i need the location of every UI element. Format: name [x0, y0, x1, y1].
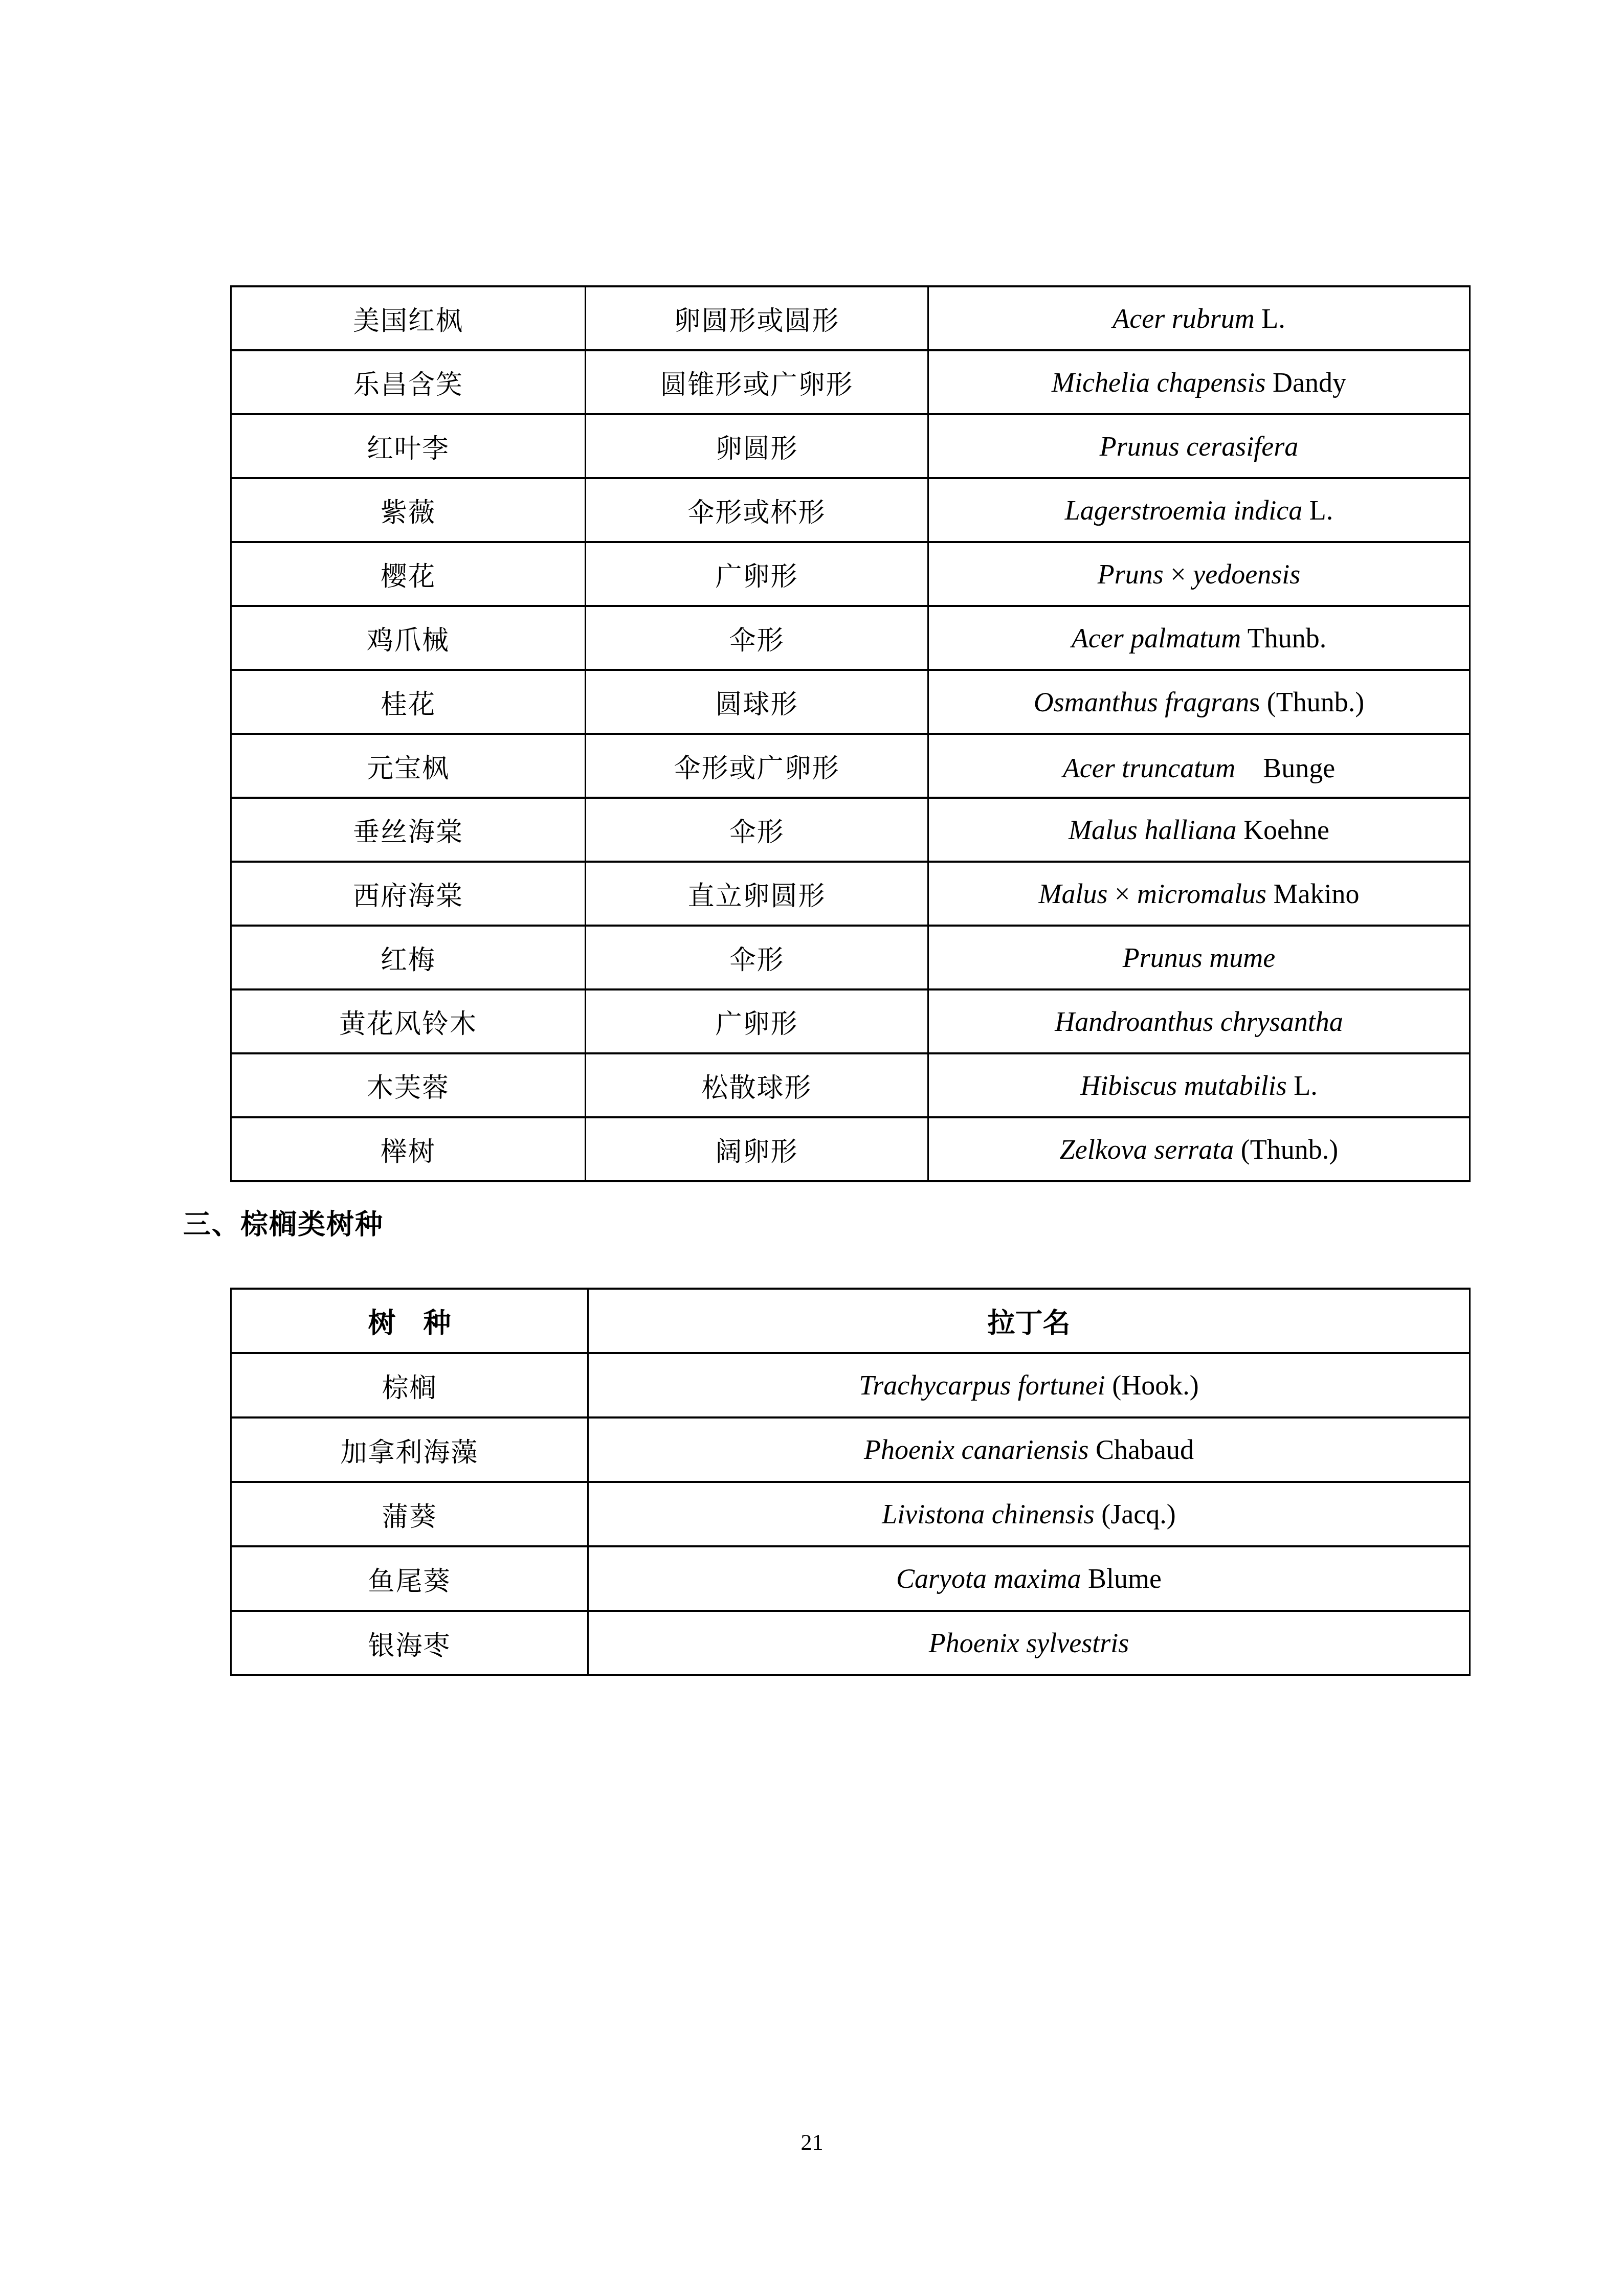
latin-name-cell: Osmanthus fragrans (Thunb.)	[928, 670, 1470, 734]
crown-shape-cell: 伞形	[586, 798, 928, 862]
table-row: 垂丝海棠 伞形 Malus halliana Koehne	[231, 798, 1470, 862]
species-name-cell: 红梅	[231, 926, 586, 989]
latin-name-cell: Prunus cerasifera	[928, 414, 1470, 478]
table-row: 黄花风铃木 广卵形 Handroanthus chrysantha	[231, 989, 1470, 1053]
crown-shape-cell: 广卵形	[586, 989, 928, 1053]
species-name-cell: 元宝枫	[231, 734, 586, 798]
latin-name-cell: Michelia chapensis Dandy	[928, 350, 1470, 414]
latin-name-cell: Malus × micromalus Makino	[928, 862, 1470, 926]
latin-name-cell: Pruns × yedoensis	[928, 542, 1470, 606]
crown-shape-cell: 广卵形	[586, 542, 928, 606]
crown-shape-cell: 阔卵形	[586, 1117, 928, 1181]
table-row: 鱼尾葵 Caryota maxima Blume	[231, 1546, 1470, 1611]
latin-name-cell: Zelkova serrata (Thunb.)	[928, 1117, 1470, 1181]
species-name-cell: 棕榈	[231, 1353, 588, 1417]
latin-name-cell: Hibiscus mutabilis L.	[928, 1053, 1470, 1117]
species-name-cell: 乐昌含笑	[231, 350, 586, 414]
species-shape-table: 美国红枫 卵圆形或圆形 Acer rubrum L. 乐昌含笑 圆锥形或广卵形 …	[230, 285, 1471, 1182]
table-row: 紫薇 伞形或杯形 Lagerstroemia indica L.	[231, 478, 1470, 542]
latin-name-cell: Acer truncatum Bunge	[928, 734, 1470, 798]
table-row: 蒲葵 Livistona chinensis (Jacq.)	[231, 1482, 1470, 1546]
table-row: 元宝枫 伞形或广卵形 Acer truncatum Bunge	[231, 734, 1470, 798]
species-name-cell: 樱花	[231, 542, 586, 606]
species-column-header: 树 种	[231, 1289, 588, 1353]
latin-name-cell: Lagerstroemia indica L.	[928, 478, 1470, 542]
latin-name-cell: Malus halliana Koehne	[928, 798, 1470, 862]
table-row: 银海枣 Phoenix sylvestris	[231, 1611, 1470, 1675]
crown-shape-cell: 卵圆形或圆形	[586, 286, 928, 350]
table-row: 樱花 广卵形 Pruns × yedoensis	[231, 542, 1470, 606]
latin-name-cell: Acer rubrum L.	[928, 286, 1470, 350]
crown-shape-cell: 伞形或广卵形	[586, 734, 928, 798]
table-header-row: 树 种 拉丁名	[231, 1289, 1470, 1353]
table-row: 桂花 圆球形 Osmanthus fragrans (Thunb.)	[231, 670, 1470, 734]
crown-shape-cell: 伞形或杯形	[586, 478, 928, 542]
latin-name-cell: Trachycarpus fortunei (Hook.)	[588, 1353, 1470, 1417]
table-row: 美国红枫 卵圆形或圆形 Acer rubrum L.	[231, 286, 1470, 350]
palm-species-table: 树 种 拉丁名 棕榈 Trachycarpus fortunei (Hook.)…	[230, 1288, 1471, 1676]
crown-shape-cell: 圆球形	[586, 670, 928, 734]
species-shape-table-body: 美国红枫 卵圆形或圆形 Acer rubrum L. 乐昌含笑 圆锥形或广卵形 …	[231, 286, 1470, 1181]
species-name-cell: 垂丝海棠	[231, 798, 586, 862]
species-name-cell: 鱼尾葵	[231, 1546, 588, 1611]
latin-name-cell: Phoenix sylvestris	[588, 1611, 1470, 1675]
crown-shape-cell: 伞形	[586, 926, 928, 989]
species-name-cell: 加拿利海藻	[231, 1417, 588, 1482]
latin-name-cell: Livistona chinensis (Jacq.)	[588, 1482, 1470, 1546]
species-name-cell: 红叶李	[231, 414, 586, 478]
species-name-cell: 桂花	[231, 670, 586, 734]
table-row: 木芙蓉 松散球形 Hibiscus mutabilis L.	[231, 1053, 1470, 1117]
table-row: 红梅 伞形 Prunus mume	[231, 926, 1470, 989]
latin-name-cell: Prunus mume	[928, 926, 1470, 989]
crown-shape-cell: 卵圆形	[586, 414, 928, 478]
table-row: 乐昌含笑 圆锥形或广卵形 Michelia chapensis Dandy	[231, 350, 1470, 414]
species-name-cell: 美国红枫	[231, 286, 586, 350]
table-row: 鸡爪械 伞形 Acer palmatum Thunb.	[231, 606, 1470, 670]
document-page: { "page": { "number": "21", "background_…	[0, 0, 1624, 2296]
crown-shape-cell: 直立卵圆形	[586, 862, 928, 926]
section-heading: 三、棕榈类树种	[183, 1203, 384, 1242]
species-name-cell: 紫薇	[231, 478, 586, 542]
crown-shape-cell: 圆锥形或广卵形	[586, 350, 928, 414]
species-name-cell: 木芙蓉	[231, 1053, 586, 1117]
latin-name-cell: Phoenix canariensis Chabaud	[588, 1417, 1470, 1482]
species-name-cell: 银海枣	[231, 1611, 588, 1675]
species-name-cell: 黄花风铃木	[231, 989, 586, 1053]
species-name-cell: 蒲葵	[231, 1482, 588, 1546]
species-name-cell: 西府海棠	[231, 862, 586, 926]
latin-name-cell: Caryota maxima Blume	[588, 1546, 1470, 1611]
latin-column-header: 拉丁名	[588, 1289, 1470, 1353]
table-row: 榉树 阔卵形 Zelkova serrata (Thunb.)	[231, 1117, 1470, 1181]
species-name-cell: 榉树	[231, 1117, 586, 1181]
table-row: 加拿利海藻 Phoenix canariensis Chabaud	[231, 1417, 1470, 1482]
latin-name-cell: Acer palmatum Thunb.	[928, 606, 1470, 670]
table-row: 西府海棠 直立卵圆形 Malus × micromalus Makino	[231, 862, 1470, 926]
crown-shape-cell: 伞形	[586, 606, 928, 670]
palm-table-body: 棕榈 Trachycarpus fortunei (Hook.) 加拿利海藻 P…	[231, 1353, 1470, 1675]
page-number: 21	[0, 2129, 1624, 2155]
latin-name-cell: Handroanthus chrysantha	[928, 989, 1470, 1053]
palm-table-header: 树 种 拉丁名	[231, 1289, 1470, 1353]
crown-shape-cell: 松散球形	[586, 1053, 928, 1117]
species-name-cell: 鸡爪械	[231, 606, 586, 670]
table-row: 棕榈 Trachycarpus fortunei (Hook.)	[231, 1353, 1470, 1417]
table-row: 红叶李 卵圆形 Prunus cerasifera	[231, 414, 1470, 478]
